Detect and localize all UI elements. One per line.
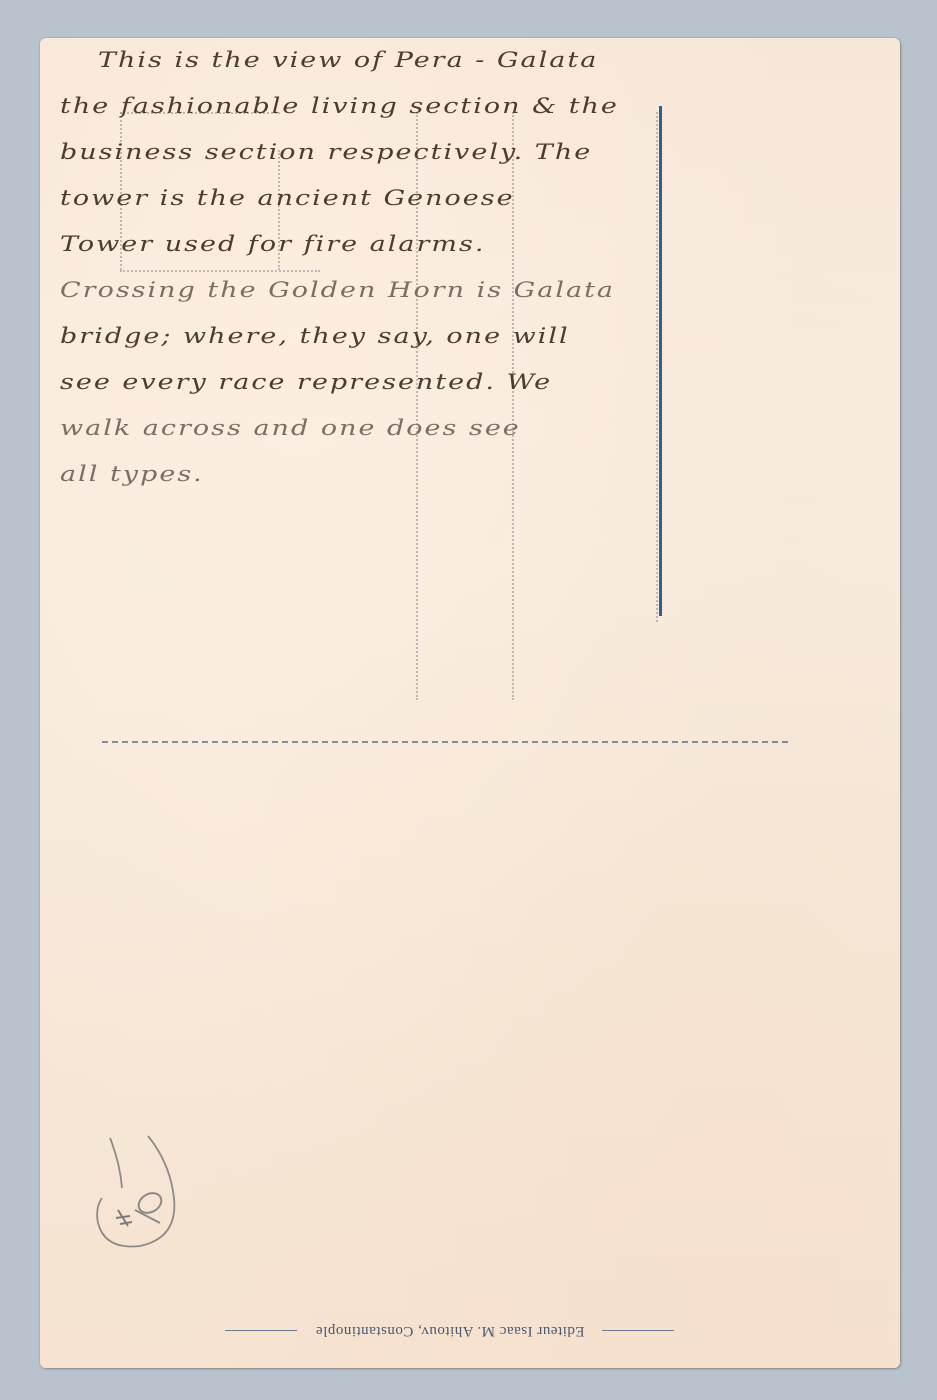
message-line: Crossing the Golden Horn is Galata — [60, 273, 890, 309]
postcard-back: This is the view of Pera - Galata the fa… — [40, 38, 900, 1368]
message-line: business section respectively. The — [60, 135, 890, 171]
imprint-rule-left — [603, 1331, 675, 1332]
message-line: tower is the ancient Genoese — [60, 181, 890, 217]
pencil-annotation-icon — [90, 1118, 190, 1258]
address-line — [102, 741, 788, 743]
handwritten-message: This is the view of Pera - Galata the fa… — [60, 38, 890, 498]
imprint-text: Editeur Isaac M. Ahitouv, Constantinople — [316, 1323, 585, 1340]
message-line: Tower used for fire alarms. — [60, 227, 890, 263]
imprint-rule-right — [226, 1331, 298, 1332]
message-line: This is the view of Pera - Galata — [60, 43, 890, 79]
message-line: see every race represented. We — [60, 365, 890, 401]
message-line: bridge; where, they say, one will — [60, 319, 890, 355]
message-line: all types. — [60, 457, 890, 493]
publisher-imprint: Editeur Isaac M. Ahitouv, Constantinople — [100, 1316, 800, 1346]
message-line: walk across and one does see — [60, 411, 890, 447]
message-line: the fashionable living section & the — [60, 89, 890, 125]
